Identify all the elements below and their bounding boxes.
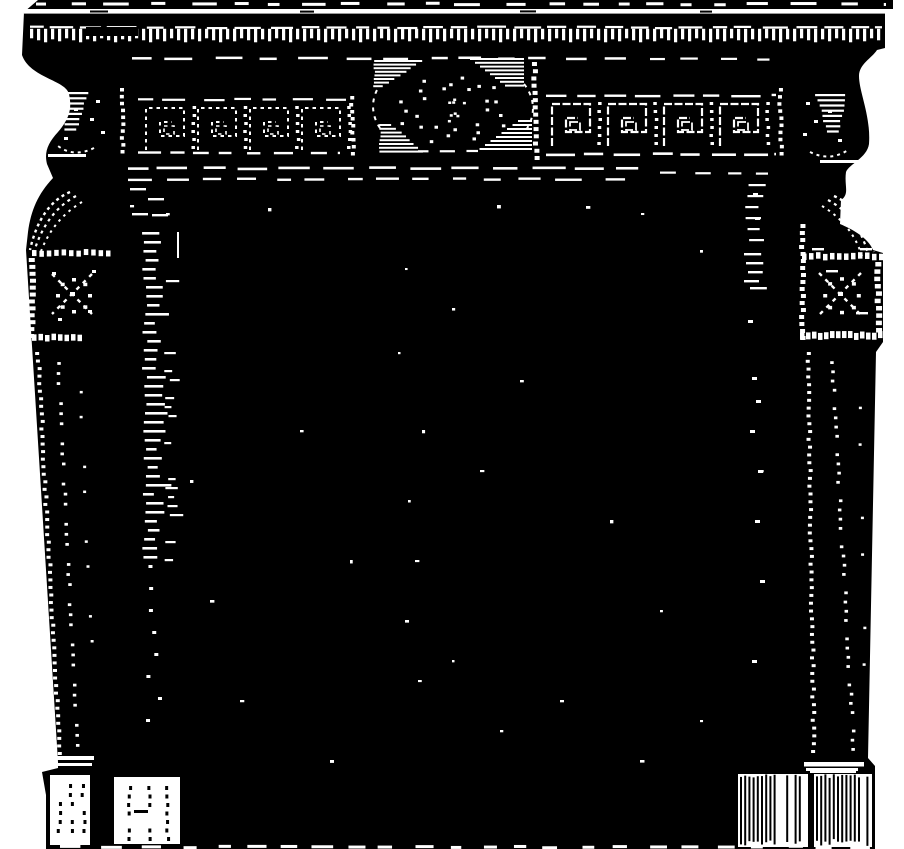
shelf-top-fillet (24, 9, 893, 14)
mantel-engraving (0, 0, 904, 849)
engraving-stage (0, 0, 904, 849)
